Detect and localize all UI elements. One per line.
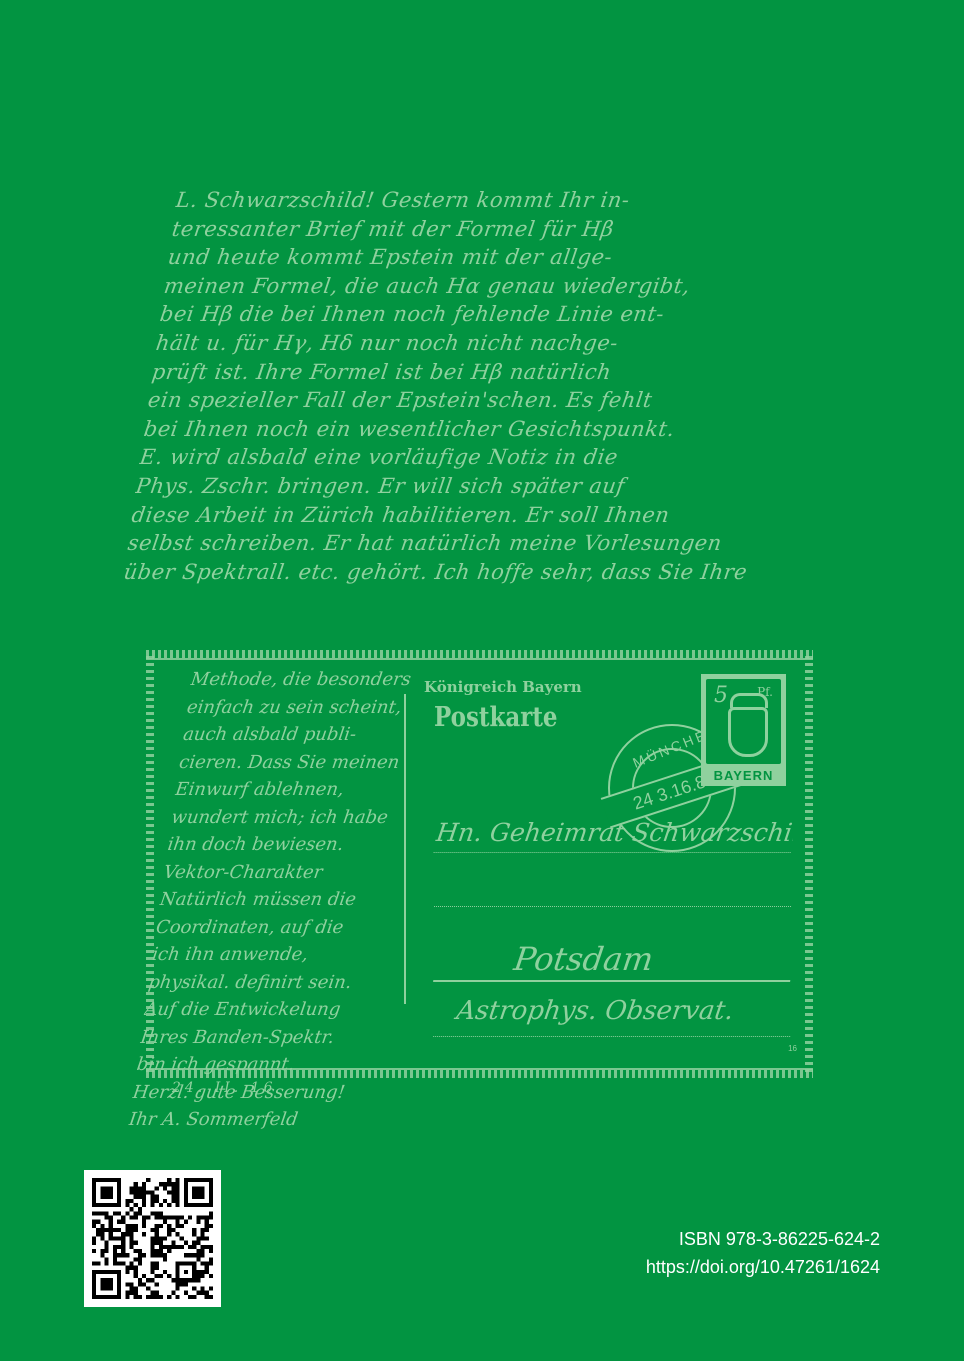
postcard-message-line: wundert mich; ich habe bbox=[170, 804, 420, 832]
letter-line: teressanter Brief mit der Formel für Hβ bbox=[170, 215, 844, 244]
postcard-border-top bbox=[146, 650, 813, 660]
letter-line: diese Arbeit in Zürich habilitieren. Er … bbox=[130, 501, 804, 530]
postcard-message-line: Einwurf ablehnen, bbox=[174, 776, 424, 804]
postcard-title: Postkarte bbox=[434, 702, 558, 733]
letter-line: Phys. Zschr. bringen. Er will sich späte… bbox=[134, 472, 808, 501]
postcard-divider bbox=[404, 694, 406, 1004]
letter-line: L. Schwarzschild! Gestern kommt Ihr in- bbox=[174, 186, 848, 215]
postcard-message-line: Coordinaten, auf die bbox=[154, 914, 404, 942]
isbn-text: ISBN 978-3-86225-624-2 bbox=[679, 1229, 880, 1250]
crown-icon bbox=[730, 693, 768, 708]
postcard-message-line: ihn doch bewiesen. bbox=[166, 831, 416, 859]
postcard-message-line: physikal. definirt sein. bbox=[146, 969, 396, 997]
letter-line: prüft ist. Ihre Formel ist bei Hβ natürl… bbox=[150, 358, 824, 387]
postcard-message-line: ich ihn anwende, bbox=[150, 941, 400, 969]
letter-line: meinen Formel, die auch Hα genau wiederg… bbox=[162, 272, 836, 301]
coat-of-arms-icon bbox=[728, 707, 768, 757]
postcard-date: 24. II. 16 bbox=[172, 1080, 277, 1096]
letter-line: E. wird alsbald eine vorläufige Notiz in… bbox=[138, 443, 812, 472]
postcard-border-right bbox=[805, 656, 813, 1072]
stamp-value: 5 bbox=[714, 683, 728, 708]
letter-line: bei Ihnen noch ein wesentlicher Gesichts… bbox=[142, 415, 816, 444]
address-line-2 bbox=[434, 878, 795, 907]
postcard-message-line: Natürlich müssen die bbox=[158, 886, 408, 914]
doi-link[interactable]: https://doi.org/10.47261/1624 bbox=[646, 1257, 880, 1278]
address-institution: Astrophys. Observat. bbox=[433, 996, 796, 1037]
postcard-message-line: bin ich gespannt. bbox=[135, 1051, 385, 1079]
letter-line: selbst schreiben. Er hat natürlich meine… bbox=[126, 529, 800, 558]
postcard-message-line: Methode, die besonders bbox=[189, 666, 439, 694]
letter-line: über Spektrall. etc. gehört. Ich hoffe s… bbox=[122, 558, 796, 587]
handwritten-letter: L. Schwarzschild! Gestern kommt Ihr in-t… bbox=[122, 186, 848, 586]
address-recipient: Hn. Geheimrat Schwarzschild bbox=[434, 818, 796, 853]
qr-code-icon bbox=[92, 1178, 213, 1299]
postcard-image: Methode, die besonderseinfach zu sein sc… bbox=[146, 650, 813, 1078]
letter-line: ein spezieller Fall der Epstein'schen. E… bbox=[146, 386, 820, 415]
postcard-kingdom: Königreich Bayern bbox=[424, 678, 582, 696]
postcard-message-line: Auf die Entwickelung bbox=[143, 996, 393, 1024]
qr-code[interactable] bbox=[84, 1170, 221, 1307]
postcard-message-line: auch alsbald publi- bbox=[181, 721, 431, 749]
stamp-icon: 5 Pf. BAYERN bbox=[701, 674, 786, 786]
postcard-message-line: Ihr A. Sommerfeld bbox=[127, 1106, 377, 1134]
stamp-country: BAYERN bbox=[701, 768, 786, 783]
letter-line: bei Hβ die bei Ihnen noch fehlende Linie… bbox=[158, 300, 832, 329]
postcard-message-line: cieren. Dass Sie meinen bbox=[177, 749, 427, 777]
postcard-message-line: einfach zu sein scheint, bbox=[185, 694, 435, 722]
postcard-message-line: Vektor-Charakter bbox=[162, 859, 412, 887]
postcard-message: Methode, die besonderseinfach zu sein sc… bbox=[127, 666, 439, 1134]
postcard-message-line: Ihres Banden-Spektr. bbox=[139, 1024, 389, 1052]
address-city: Potsdam bbox=[433, 940, 796, 982]
print-number: 16 bbox=[788, 1044, 797, 1053]
letter-line: und heute kommt Epstein mit der allge- bbox=[166, 243, 840, 272]
letter-line: hält u. für Hγ, Hδ nur noch nicht nachge… bbox=[154, 329, 828, 358]
